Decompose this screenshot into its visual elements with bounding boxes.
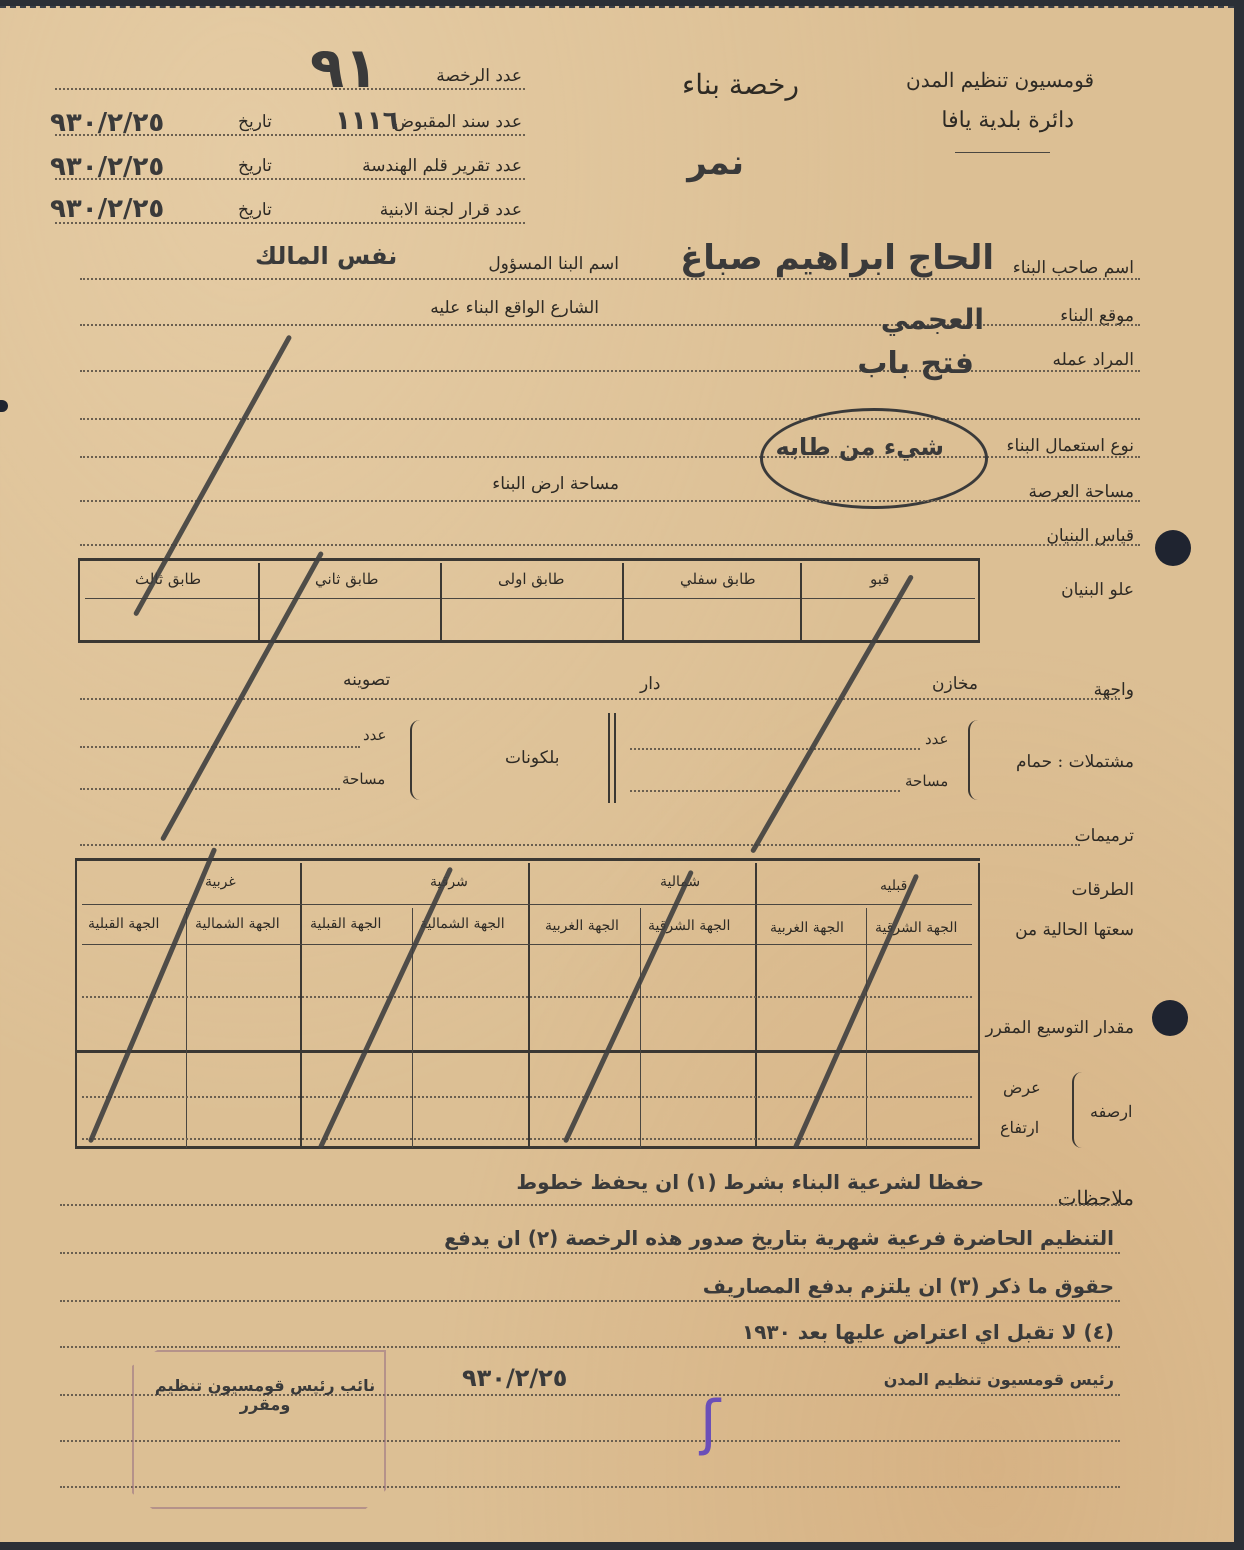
table-border (755, 863, 757, 1146)
area-label-2: مساحة (342, 770, 385, 788)
page-title: رخصة بناء (682, 68, 799, 101)
col-third: طابق ثالث (135, 570, 201, 588)
license-number-value: ٩١ (310, 36, 378, 101)
cancel-stroke (133, 334, 293, 616)
owner-label: اسم صاحب البناء (1013, 258, 1134, 278)
notes-date: ٩٣٠/٢/٢٥ (462, 1364, 567, 1392)
brace (968, 720, 978, 800)
receipt-value: ١١١٦ (335, 106, 398, 136)
dotted-line (80, 844, 1080, 846)
col-first: طابق اولى (498, 570, 564, 588)
dotted-line (60, 1300, 1120, 1302)
sidewalk-label: ارصفه (1090, 1102, 1132, 1121)
contractor-label: اسم البنا المسؤول (488, 254, 619, 274)
header-divider (955, 152, 1050, 153)
table-border (528, 863, 530, 1146)
balconies-label: بلكونات (505, 748, 559, 768)
table-border (258, 563, 260, 640)
engineering-label: عدد تقرير قلم الهندسة (362, 156, 522, 176)
group-west: غربية (205, 874, 236, 890)
dotted-line (630, 748, 920, 750)
committee-date-label: تاريخ (238, 200, 272, 220)
table-border (978, 863, 980, 1148)
table-border (800, 563, 802, 640)
streets-label-3: مقدار التوسيع المقرر (985, 1018, 1134, 1038)
table-border (78, 558, 80, 643)
double-rule (608, 713, 610, 803)
table-rule (82, 944, 972, 945)
punch-hole-icon (1155, 530, 1191, 566)
col-west-south: الجهة القبلية (88, 916, 159, 932)
receipt-date: ٩٣٠/٢/٢٥ (50, 108, 164, 138)
table-border (440, 563, 442, 640)
license-number-label: عدد الرخصة (436, 66, 522, 86)
document-page: قومسيون تنظيم المدن دائرة بلدية يافا رخص… (0, 6, 1234, 1542)
double-rule (614, 713, 616, 803)
table-border (78, 558, 980, 561)
land-area-label: مساحة ارض البناء (492, 474, 619, 494)
count-label-2: عدد (363, 726, 387, 744)
punch-hole-icon (1152, 1000, 1188, 1036)
brace (410, 720, 420, 800)
title-mark: نمر (687, 143, 744, 183)
authority-line2: دائرة بلدية يافا (941, 108, 1074, 133)
building-size-label: قياس البنيان (1046, 526, 1134, 546)
dotted-line (60, 1204, 1120, 1206)
height-row-label: علو البنيان (1061, 580, 1134, 600)
note-line-4: (٤) لا تقبل اي اعتراض عليها بعد ١٩٣٠ (742, 1320, 1114, 1344)
contents-label: مشتملات : حمام (1016, 752, 1134, 772)
area-label: مساحة (905, 772, 948, 790)
col-basement: قبو (870, 570, 889, 588)
count-label: عدد (925, 730, 949, 748)
table-border (75, 858, 77, 1148)
cancel-stroke (750, 574, 914, 854)
receipt-label: عدد سند المقبوض (393, 112, 522, 132)
col-east-north: الجهة الشمالية (420, 916, 505, 932)
dotted-line (60, 1346, 1120, 1348)
col-ground: طابق سفلي (680, 570, 756, 588)
location-value: العجمي (881, 303, 984, 336)
facade-house: دار (640, 674, 661, 694)
dotted-line (82, 996, 972, 998)
dotted-line (60, 1252, 1120, 1254)
cancel-stroke (793, 873, 920, 1149)
contractor-value: نفس المالك (255, 242, 397, 270)
dotted-line (80, 500, 1140, 502)
streets-label-2: سعتها الحالية من (1015, 920, 1134, 940)
width-label: عرض (1003, 1078, 1041, 1097)
notes-label: ملاحظات (1058, 1186, 1134, 1210)
group-south: قبليه (880, 878, 907, 894)
col-second: طابق ثاني (315, 570, 378, 588)
owner-value: الحاج ابراهيم صباغ (680, 238, 994, 278)
streets-label-1: الطرقات (1071, 880, 1134, 900)
cancel-stroke (563, 870, 694, 1144)
engineering-date-label: تاريخ (238, 156, 272, 176)
work-label: المراد عمله (1052, 350, 1134, 370)
engineering-date: ٩٣٠/٢/٢٥ (50, 152, 164, 182)
col-south-west: الجهة الغربية (770, 920, 844, 936)
dotted-line (80, 544, 1140, 546)
stamp-text: نائب رئيس قومسيون تنظيم ومقرر (150, 1376, 380, 1414)
cancel-stroke (318, 866, 454, 1149)
dotted-line (80, 746, 360, 748)
col-east-south: الجهة القبلية (310, 916, 381, 932)
table-border (300, 863, 302, 1146)
facade-label: واجهة (1094, 680, 1134, 700)
dotted-line (80, 418, 1140, 420)
work-value: فتح باب (857, 346, 974, 381)
signature-icon: ʃ (700, 1388, 720, 1458)
table-rule (82, 904, 972, 905)
committee-date: ٩٣٠/٢/٢٥ (50, 194, 164, 224)
cancel-stroke (160, 551, 324, 842)
committee-label: عدد قرار لجنة الابنية (380, 200, 522, 220)
dotted-line (82, 1096, 972, 1098)
dotted-line (55, 88, 525, 90)
dotted-line (80, 278, 1140, 280)
brace (1072, 1072, 1082, 1148)
dotted-line (80, 370, 1140, 372)
note-line-2: التنظيم الحاضرة فرعية شهرية بتاريخ صدور … (444, 1226, 1114, 1250)
edge-marker-icon (0, 400, 8, 412)
usage-label: نوع استعمال البناء (1007, 436, 1134, 456)
facade-wall: تصوينه (343, 670, 390, 690)
table-border (75, 1146, 980, 1149)
authority-line1: قومسيون تنظيم المدن (906, 68, 1094, 92)
note-line-1: حفظا لشرعية البناء بشرط (١) ان يحفظ خطوط (516, 1170, 984, 1194)
note-line-5: رئيس قومسيون تنظيم المدن (884, 1370, 1114, 1389)
dotted-line (630, 790, 900, 792)
col-north-west: الجهة الغربية (545, 918, 619, 934)
col-west-north: الجهة الشمالية (195, 916, 280, 932)
plot-area-label: مساحة العرصة (1028, 482, 1134, 502)
table-border (978, 558, 980, 643)
dotted-line (80, 788, 340, 790)
official-stamp (132, 1350, 386, 1509)
dotted-line (82, 1138, 972, 1140)
height-label: ارتفاع (1000, 1118, 1039, 1137)
table-border (78, 640, 980, 643)
location-label: موقع البناء (1060, 306, 1134, 326)
note-line-3: حقوق ما ذكر (٣) ان يلتزم بدفع المصاريف (703, 1274, 1114, 1298)
receipt-date-label: تاريخ (238, 112, 272, 132)
usage-value: شيء من طابه (775, 433, 944, 461)
facade-stores: مخازن (932, 674, 978, 694)
repairs-label: ترميمات (1075, 826, 1134, 846)
street-label: الشارع الواقع البناء عليه (430, 298, 599, 318)
table-rule (85, 598, 975, 599)
table-border (622, 563, 624, 640)
